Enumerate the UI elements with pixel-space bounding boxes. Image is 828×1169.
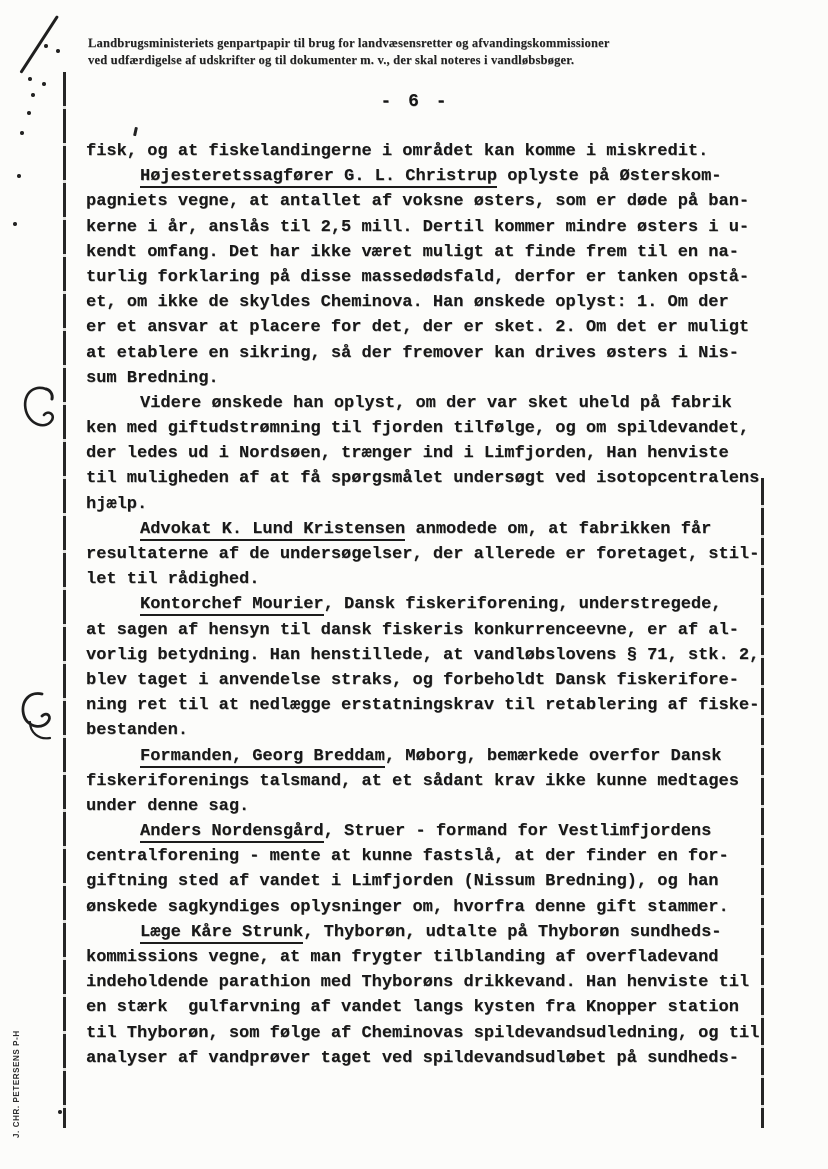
text-segment: en stærk gulfarvning af vandet langs kys…: [86, 998, 739, 1017]
text-line: blev taget i anvendelse straks, og forbe…: [86, 668, 786, 693]
text-segment: turlig forklaring på disse massedødsfald…: [86, 268, 749, 287]
text-segment: , Struer - formand for Vestlimfjordens: [324, 822, 712, 841]
underlined-name: Formanden, Georg Breddam: [140, 747, 385, 768]
text-segment: Videre ønskede han oplyst, om der var sk…: [140, 394, 732, 413]
text-line: Advokat K. Lund Kristensen anmodede om, …: [86, 517, 786, 542]
text-segment: til Thyborøn, som følge af Cheminovas sp…: [86, 1024, 759, 1043]
ink-dot: [42, 82, 46, 86]
underlined-name: Advokat K. Lund Kristensen: [140, 520, 405, 541]
text-line: Højesteretssagfører G. L. Christrup oply…: [86, 164, 786, 189]
text-line: Læge Kåre Strunk, Thyborøn, udtalte på T…: [86, 920, 786, 945]
text-line: turlig forklaring på disse massedødsfald…: [86, 265, 786, 290]
text-segment: centralforening - mente at kunne fastslå…: [86, 847, 729, 866]
pen-stroke-mark: [19, 15, 58, 73]
text-segment: fisk, og at fiskelandingerne i området k…: [86, 142, 708, 161]
text-line: vorlig betydning. Han henstillede, at va…: [86, 643, 786, 668]
text-line: der ledes ud i Nordsøen, trænger ind i L…: [86, 441, 786, 466]
text-segment: vorlig betydning. Han henstillede, at va…: [86, 646, 759, 665]
text-line: ken med giftudstrømning til fjorden tilf…: [86, 416, 786, 441]
ink-dot: [17, 174, 21, 178]
text-line: Anders Nordensgård, Struer - formand for…: [86, 819, 786, 844]
left-margin-rule: [63, 72, 66, 1128]
text-segment: resultaterne af de undersøgelser, der al…: [86, 545, 759, 564]
text-segment: ning ret til at nedlægge erstatningskrav…: [86, 696, 759, 715]
text-line: indeholdende parathion med Thyborøns dri…: [86, 970, 786, 995]
text-line: Videre ønskede han oplyst, om der var sk…: [86, 391, 786, 416]
header-line-2: ved udfærdigelse af udskrifter og til do…: [88, 52, 688, 69]
text-segment: , Dansk fiskeriforening, understregede,: [324, 595, 722, 614]
text-line: sum Bredning.: [86, 366, 786, 391]
text-segment: at etablere en sikring, så der fremover …: [86, 344, 739, 363]
text-segment: kommissions vegne, at man frygter tilbla…: [86, 948, 719, 967]
text-line: til muligheden af at få spørgsmålet unde…: [86, 466, 786, 491]
body-text: fisk, og at fiskelandingerne i området k…: [86, 139, 786, 1071]
underlined-name: Højesteretssagfører G. L. Christrup: [140, 167, 497, 188]
text-segment: anmodede om, at fabrikken får: [405, 520, 711, 539]
underlined-name: Læge Kåre Strunk: [140, 923, 303, 944]
text-line: kommissions vegne, at man frygter tilbla…: [86, 945, 786, 970]
text-line: centralforening - mente at kunne fastslå…: [86, 844, 786, 869]
text-segment: at sagen af hensyn til dansk fiskeris ko…: [86, 621, 739, 640]
text-line: pagniets vegne, at antallet af voksne øs…: [86, 189, 786, 214]
text-segment: et, om ikke de skyldes Cheminova. Han øn…: [86, 293, 729, 312]
text-segment: sum Bredning.: [86, 369, 219, 388]
text-segment: oplyste på Østerskom-: [497, 167, 721, 186]
text-line: giftning sted af vandet i Limfjorden (Ni…: [86, 869, 786, 894]
text-line: bestanden.: [86, 718, 786, 743]
text-segment: analyser af vandprøver taget ved spildev…: [86, 1049, 739, 1068]
ink-dot: [27, 111, 31, 115]
text-line: kendt omfang. Det har ikke været muligt …: [86, 240, 786, 265]
printer-imprint: J. CHR. PETERSENS P-H: [12, 1018, 21, 1138]
text-segment: indeholdende parathion med Thyborøns dri…: [86, 973, 749, 992]
text-segment: hjælp.: [86, 495, 147, 514]
binder-hole-mark: [19, 382, 63, 436]
text-segment: kendt omfang. Det har ikke været muligt …: [86, 243, 739, 262]
text-segment: blev taget i anvendelse straks, og forbe…: [86, 671, 739, 690]
text-line: kerne i år, anslås til 2,5 mill. Dertil …: [86, 215, 786, 240]
text-line: Formanden, Georg Breddam, Møborg, bemærk…: [86, 744, 786, 769]
ink-dot: [20, 131, 24, 135]
page-number: - 6 -: [370, 92, 460, 112]
ink-dot: [44, 44, 48, 48]
text-segment: , Møborg, bemærkede overfor Dansk: [385, 747, 722, 766]
underlined-name: Anders Nordensgård: [140, 822, 324, 843]
preprinted-header: Landbrugsministeriets genpartpapir til b…: [88, 35, 688, 69]
text-line: er et ansvar at placere for det, der er …: [86, 315, 786, 340]
text-line: til Thyborøn, som følge af Cheminovas sp…: [86, 1021, 786, 1046]
text-segment: kerne i år, anslås til 2,5 mill. Dertil …: [86, 218, 749, 237]
text-line: fiskeriforenings talsmand, at et sådant …: [86, 769, 786, 794]
text-segment: pagniets vegne, at antallet af voksne øs…: [86, 192, 749, 211]
text-segment: bestanden.: [86, 721, 188, 740]
text-segment: ken med giftudstrømning til fjorden tilf…: [86, 419, 749, 438]
right-margin-rule: [761, 478, 764, 1128]
ink-tick-mark: [133, 127, 137, 136]
text-segment: giftning sted af vandet i Limfjorden (Ni…: [86, 872, 719, 891]
text-line: Kontorchef Mourier, Dansk fiskeriforenin…: [86, 592, 786, 617]
header-line-1: Landbrugsministeriets genpartpapir til b…: [88, 35, 688, 52]
text-segment: let til rådighed.: [86, 570, 259, 589]
ink-dot: [56, 49, 60, 53]
text-line: at etablere en sikring, så der fremover …: [86, 341, 786, 366]
text-segment: , Thyborøn, udtalte på Thyborøn sundheds…: [303, 923, 721, 942]
text-line: ønskede sagkyndiges oplysninger om, hvor…: [86, 895, 786, 920]
text-line: et, om ikke de skyldes Cheminova. Han øn…: [86, 290, 786, 315]
ink-dot: [28, 77, 32, 81]
text-line: analyser af vandprøver taget ved spildev…: [86, 1046, 786, 1071]
text-line: under denne sag.: [86, 794, 786, 819]
text-line: resultaterne af de undersøgelser, der al…: [86, 542, 786, 567]
text-line: at sagen af hensyn til dansk fiskeris ko…: [86, 618, 786, 643]
ink-dot: [13, 222, 17, 226]
text-segment: til muligheden af at få spørgsmålet unde…: [86, 469, 759, 488]
scanned-document-page: Landbrugsministeriets genpartpapir til b…: [0, 0, 828, 1169]
ink-dot: [58, 1110, 62, 1114]
text-line: fisk, og at fiskelandingerne i området k…: [86, 139, 786, 164]
underlined-name: Kontorchef Mourier: [140, 595, 324, 616]
text-segment: der ledes ud i Nordsøen, trænger ind i L…: [86, 444, 729, 463]
text-segment: ønskede sagkyndiges oplysninger om, hvor…: [86, 898, 729, 917]
ink-dot: [31, 93, 35, 97]
text-line: ning ret til at nedlægge erstatningskrav…: [86, 693, 786, 718]
text-line: en stærk gulfarvning af vandet langs kys…: [86, 995, 786, 1020]
text-segment: er et ansvar at placere for det, der er …: [86, 318, 749, 337]
text-segment: fiskeriforenings talsmand, at et sådant …: [86, 772, 739, 791]
text-segment: under denne sag.: [86, 797, 249, 816]
text-line: let til rådighed.: [86, 567, 786, 592]
binder-hole-mark: [16, 688, 64, 748]
text-line: hjælp.: [86, 492, 786, 517]
